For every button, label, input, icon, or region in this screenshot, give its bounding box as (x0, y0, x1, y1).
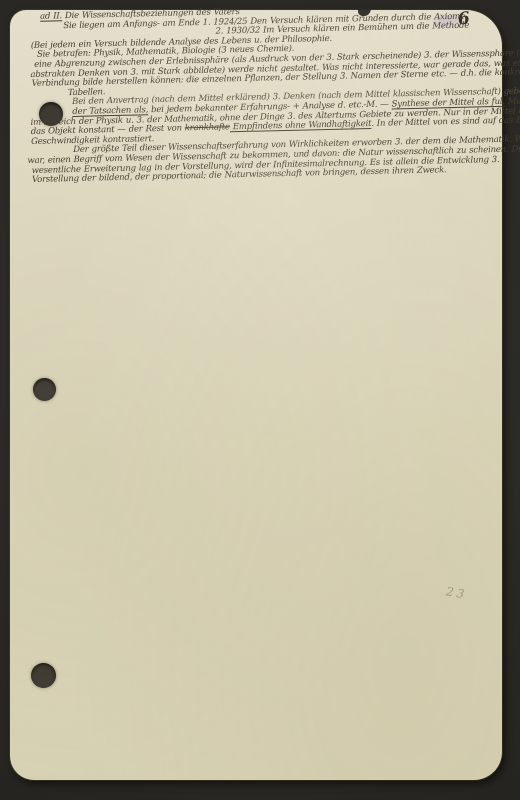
page-number-bottom-pencil: 23 (445, 584, 468, 601)
hole-punch-bottom (31, 663, 56, 688)
line-text: Man stand (505, 96, 520, 107)
handwritten-text-block: ad II. Die Wissenschaftsbeziehungen des … (28, 2, 516, 186)
crossed-out-word: krankhafte (185, 122, 230, 133)
manuscript-paper-sheet: 6 23 ad II. Die Wissenschaftsbeziehungen… (10, 10, 502, 780)
scanned-archive-photo: { "document": { "type": "handwritten man… (0, 0, 520, 800)
heading-underlined: ad II. (40, 11, 62, 22)
hole-punch-middle (33, 378, 56, 401)
